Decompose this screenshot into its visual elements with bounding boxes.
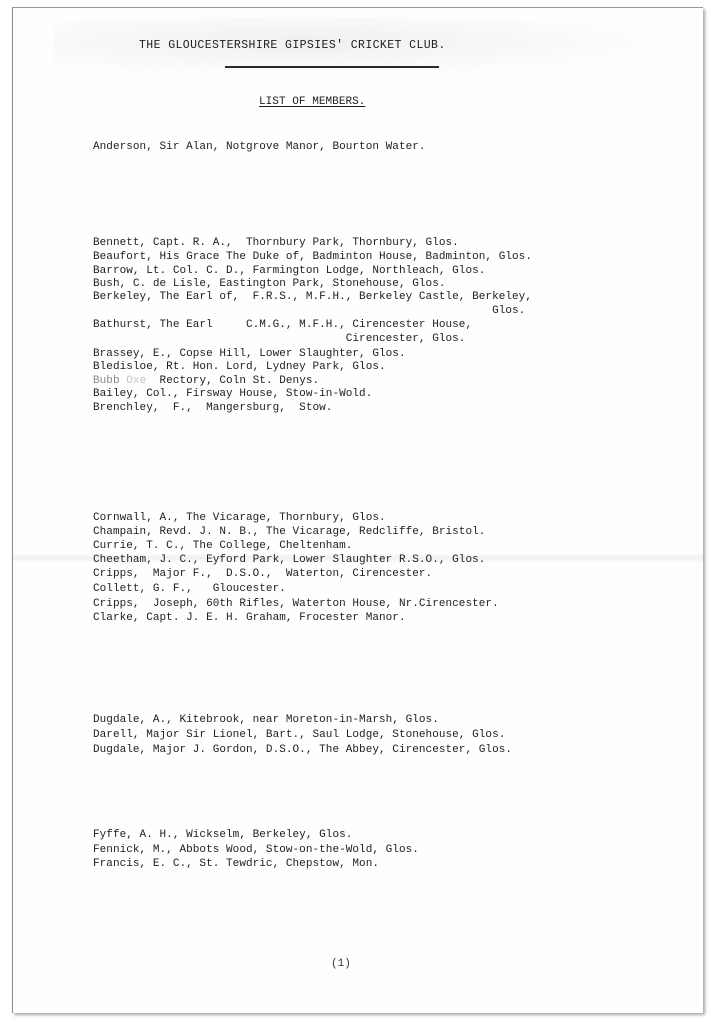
- member-entry: Champain, Revd. J. N. B., The Vicarage, …: [93, 526, 485, 539]
- member-entry: Bubb Oxe Rectory, Coln St. Denys.: [93, 375, 319, 388]
- member-entry: Currie, T. C., The College, Cheltenham.: [93, 540, 352, 553]
- member-entry: Dugdale, A., Kitebrook, near Moreton-in-…: [93, 714, 439, 727]
- member-entry: Clarke, Capt. J. E. H. Graham, Frocester…: [93, 612, 406, 625]
- member-entry: Cornwall, A., The Vicarage, Thornbury, G…: [93, 512, 386, 525]
- document-title: THE GLOUCESTERSHIRE GIPSIES' CRICKET CLU…: [139, 39, 446, 52]
- document-subtitle: LIST OF MEMBERS.: [259, 96, 365, 109]
- member-entry: Barrow, Lt. Col. C. D., Farmington Lodge…: [93, 265, 485, 278]
- member-entry: Anderson, Sir Alan, Notgrove Manor, Bour…: [93, 141, 426, 154]
- member-entry: Beaufort, His Grace The Duke of, Badmint…: [93, 251, 532, 264]
- handwritten-annotation: Oxe: [126, 375, 146, 387]
- member-entry: Cripps, Major F., D.S.O., Waterton, Cire…: [93, 568, 432, 581]
- member-entry: Collett, G. F., Gloucester.: [93, 583, 286, 596]
- member-entry: Bledisloe, Rt. Hon. Lord, Lydney Park, G…: [93, 361, 386, 374]
- member-entry: Dugdale, Major J. Gordon, D.S.O., The Ab…: [93, 744, 512, 757]
- member-entry: Bailey, Col., Firsway House, Stow-in-Wol…: [93, 388, 372, 401]
- member-entry: Cripps, Joseph, 60th Rifles, Waterton Ho…: [93, 598, 499, 611]
- member-name-faint: Bubb: [93, 375, 126, 387]
- member-entry: Francis, E. C., St. Tewdric, Chepstow, M…: [93, 858, 379, 871]
- member-entry: Brassey, E., Copse Hill, Lower Slaughter…: [93, 348, 406, 361]
- page-number: (1): [331, 958, 351, 971]
- member-entry: Cheetham, J. C., Eyford Park, Lower Slau…: [93, 554, 485, 567]
- member-entry: Fyffe, A. H., Wickselm, Berkeley, Glos.: [93, 829, 352, 842]
- title-underline: [225, 66, 439, 68]
- document-page: THE GLOUCESTERSHIRE GIPSIES' CRICKET CLU…: [12, 7, 703, 1013]
- member-entry: Glos.: [93, 305, 525, 318]
- member-entry: Brenchley, F., Mangersburg, Stow.: [93, 402, 332, 415]
- member-entry: Darell, Major Sir Lionel, Bart., Saul Lo…: [93, 729, 505, 742]
- member-entry: Fennick, M., Abbots Wood, Stow-on-the-Wo…: [93, 844, 419, 857]
- member-entry: Berkeley, The Earl of, F.R.S., M.F.H., B…: [93, 291, 532, 304]
- member-entry: Bathurst, The Earl C.M.G., M.F.H., Ciren…: [93, 319, 472, 332]
- member-address: Rectory, Coln St. Denys.: [146, 375, 319, 387]
- member-entry: Bennett, Capt. R. A., Thornbury Park, Th…: [93, 237, 459, 250]
- member-entry: Bush, C. de Lisle, Eastington Park, Ston…: [93, 278, 446, 291]
- member-entry: Cirencester, Glos.: [93, 333, 465, 346]
